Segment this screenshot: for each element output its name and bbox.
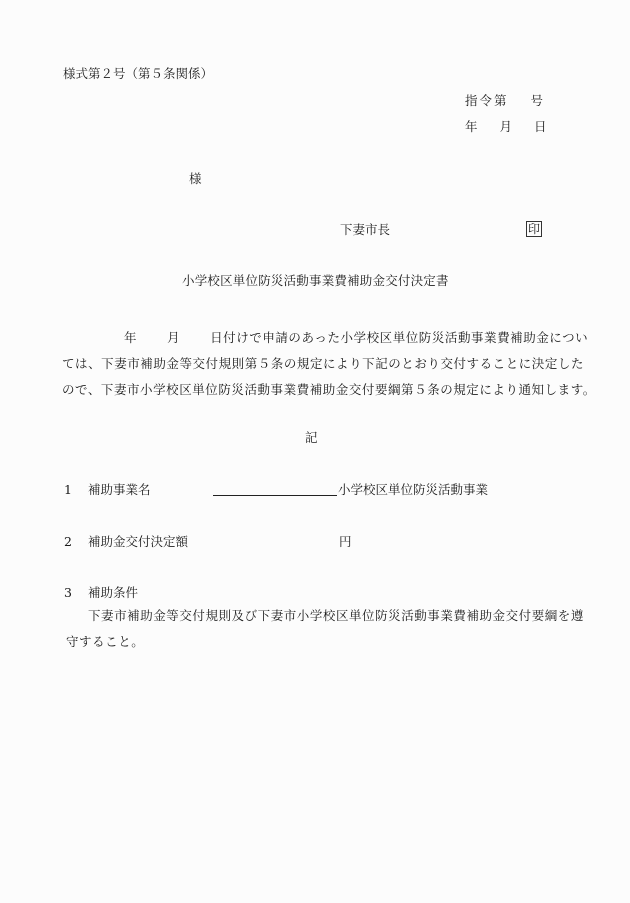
project-name-blank-field[interactable] xyxy=(213,495,337,496)
date-year-label: 年 xyxy=(465,119,478,134)
issuer-name: 下妻市長 xyxy=(340,224,390,237)
document-title: 小学校区単位防災活動事業費補助金交付決定書 xyxy=(182,275,449,288)
form-number: 様式第２号（第５条関係） xyxy=(63,68,213,81)
body-line-3: ので、下妻市小学校区単位防災活動事業費補助金交付要綱第５条の規定により通知します… xyxy=(62,377,580,403)
amount-unit-yen: 円 xyxy=(339,536,352,549)
body-line-1: 年月日付けで申請のあった小学校区単位防災活動事業費補助金につい xyxy=(62,325,580,351)
body-month-label: 月 xyxy=(167,330,180,345)
item-label: 補助事業名 xyxy=(88,482,151,497)
item-number: 1 xyxy=(64,484,88,497)
project-name-suffix: 小学校区単位防災活動事業 xyxy=(338,484,488,497)
item-project-name: 1補助事業名 xyxy=(64,484,151,497)
item-number: 3 xyxy=(64,587,88,600)
item-label: 補助条件 xyxy=(88,585,138,600)
body-line-2: ては、下妻市補助金等交付規則第５条の規定により下記のとおり交付することに決定した xyxy=(62,351,580,377)
addressee-honorific: 様 xyxy=(189,173,202,186)
item-grant-conditions: 3補助条件 xyxy=(64,587,138,600)
conditions-text: 下妻市補助金等交付規則及び下妻市小学校区単位防災活動事業費補助金交付要綱を遵 守… xyxy=(88,603,584,655)
body-year-label: 年 xyxy=(124,330,137,345)
body-line-1-text: 日付けで申請のあった小学校区単位防災活動事業費補助金につい xyxy=(210,330,588,345)
item-label: 補助金交付決定額 xyxy=(88,534,188,549)
ki-heading: 記 xyxy=(305,432,318,445)
conditions-line-1: 下妻市補助金等交付規則及び下妻市小学校区単位防災活動事業費補助金交付要綱を遵 xyxy=(88,603,584,629)
item-number: 2 xyxy=(64,536,88,549)
reference-suffix: 号 xyxy=(531,95,544,108)
notice-body: 年月日付けで申請のあった小学校区単位防災活動事業費補助金につい ては、下妻市補助… xyxy=(62,325,580,403)
reference-number-line: 指令第号 xyxy=(465,95,543,108)
date-day-label: 日 xyxy=(534,119,547,134)
reference-prefix: 指令第 xyxy=(465,95,509,108)
issue-date-line: 年月日 xyxy=(465,121,547,134)
seal-stamp-box: 印 xyxy=(526,221,542,237)
date-month-label: 月 xyxy=(500,119,513,134)
item-grant-amount: 2補助金交付決定額 xyxy=(64,536,188,549)
conditions-line-2: 守すること。 xyxy=(66,629,584,655)
